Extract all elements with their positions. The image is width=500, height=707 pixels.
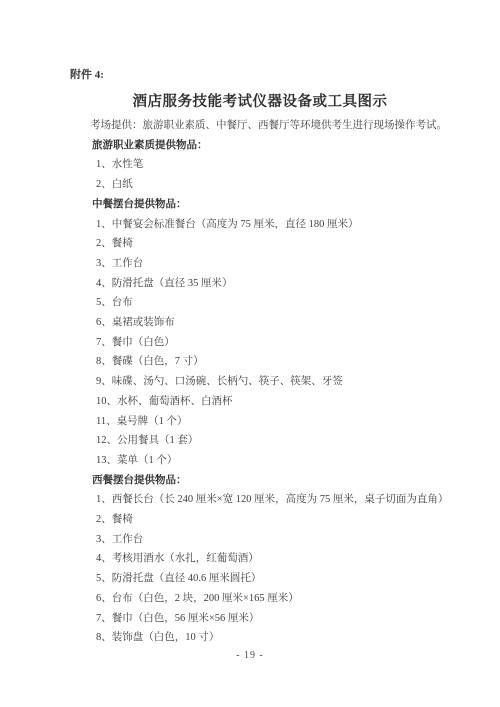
list-item: 1、中餐宴会标准餐台（高度为 75 厘米，直径 180 厘米）	[96, 215, 450, 235]
page-number: - 19 -	[0, 650, 500, 661]
list-item: 6、桌裙或装饰布	[96, 313, 450, 333]
page-title: 酒店服务技能考试仪器设备或工具图示	[70, 92, 450, 112]
list-item: 8、餐碟（白色，7 寸）	[96, 352, 450, 372]
attachment-label: 附件 4:	[70, 68, 450, 82]
list-item: 4、考核用酒水（水扎，红葡萄酒）	[96, 549, 450, 569]
list-item: 9、味碟、汤勺、口汤碗、长柄勺、筷子、筷架、牙签	[96, 372, 450, 392]
section-professional-quality: 旅游职业素质提供物品： 1、水性笔 2、白纸	[70, 136, 450, 195]
section-heading: 西餐摆台提供物品：	[92, 471, 450, 491]
list-item: 7、餐巾（白色，56 厘米×56 厘米）	[96, 609, 450, 629]
intro-paragraph: 考场提供：旅游职业素质、中餐厅、西餐厅等环境供考生进行现场操作考试。	[90, 116, 450, 136]
list-item: 6、台布（白色，2 块，200 厘米×165 厘米）	[96, 589, 450, 609]
document-page: 附件 4: 酒店服务技能考试仪器设备或工具图示 考场提供：旅游职业素质、中餐厅、…	[0, 0, 500, 707]
list-item: 7、餐巾（白色）	[96, 333, 450, 353]
list-item: 5、防滑托盘（直径 40.6 厘米圆托）	[96, 569, 450, 589]
document-body: 考场提供：旅游职业素质、中餐厅、西餐厅等环境供考生进行现场操作考试。 旅游职业素…	[70, 116, 450, 648]
list-item: 2、餐椅	[96, 234, 450, 254]
list-item: 3、工作台	[96, 530, 450, 550]
list-item: 8、装饰盘（白色，10 寸）	[96, 628, 450, 648]
list-item: 4、防滑托盘（直径 35 厘米）	[96, 274, 450, 294]
section-heading: 中餐摆台提供物品：	[92, 195, 450, 215]
list-item: 10、水杯、葡萄酒杯、白酒杯	[96, 392, 450, 412]
list-item: 3、工作台	[96, 254, 450, 274]
list-item: 2、餐椅	[96, 510, 450, 530]
list-item: 5、台布	[96, 293, 450, 313]
list-item: 13、菜单（1 个）	[96, 451, 450, 471]
document-content: 附件 4: 酒店服务技能考试仪器设备或工具图示 考场提供：旅游职业素质、中餐厅、…	[70, 68, 450, 648]
list-item: 12、公用餐具（1 套）	[96, 431, 450, 451]
section-chinese-table-setting: 中餐摆台提供物品： 1、中餐宴会标准餐台（高度为 75 厘米，直径 180 厘米…	[70, 195, 450, 471]
section-heading: 旅游职业素质提供物品：	[92, 136, 450, 156]
list-item: 2、白纸	[96, 175, 450, 195]
list-item: 1、水性笔	[96, 155, 450, 175]
section-western-table-setting: 西餐摆台提供物品： 1、西餐长台（长 240 厘米×宽 120 厘米，高度为 7…	[70, 471, 450, 648]
list-item: 11、桌号牌（1 个）	[96, 412, 450, 432]
list-item: 1、西餐长台（长 240 厘米×宽 120 厘米，高度为 75 厘米，桌子切面为…	[96, 490, 450, 510]
